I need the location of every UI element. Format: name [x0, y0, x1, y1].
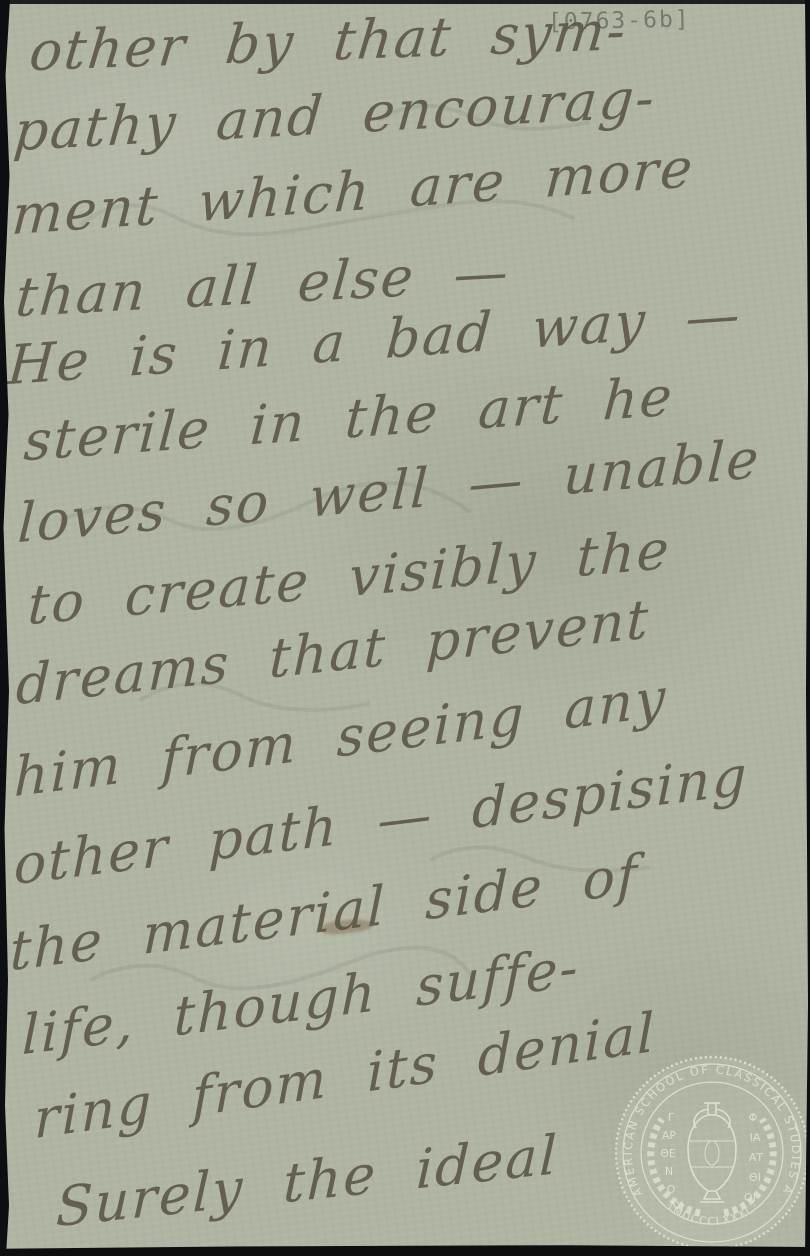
- letter-page: [0763-6b] AMERICAN SCHOOL OF CLASSICAL S…: [0, 0, 810, 1256]
- scan-edge-top: [0, 0, 810, 4]
- svg-text:ΘΕ: ΘΕ: [660, 1147, 676, 1160]
- svg-text:ΟΙ: ΟΙ: [744, 1191, 756, 1204]
- svg-text:ΑΡ: ΑΡ: [662, 1129, 677, 1142]
- svg-text:ΑΤ: ΑΤ: [749, 1151, 764, 1164]
- svg-text:ΘΙ: ΘΙ: [749, 1171, 761, 1184]
- svg-text:ΙΑ: ΙΑ: [750, 1131, 761, 1144]
- svg-text:Ο: Ο: [667, 1183, 676, 1196]
- svg-text:Φ: Φ: [749, 1111, 758, 1124]
- embossed-seal: AMERICAN SCHOOL OF CLASSICAL STUDIES AT …: [612, 1050, 810, 1256]
- svg-text:Γ: Γ: [668, 1111, 675, 1124]
- svg-text:Ν: Ν: [665, 1165, 673, 1178]
- svg-text:ΛΥ: ΛΥ: [669, 1199, 684, 1212]
